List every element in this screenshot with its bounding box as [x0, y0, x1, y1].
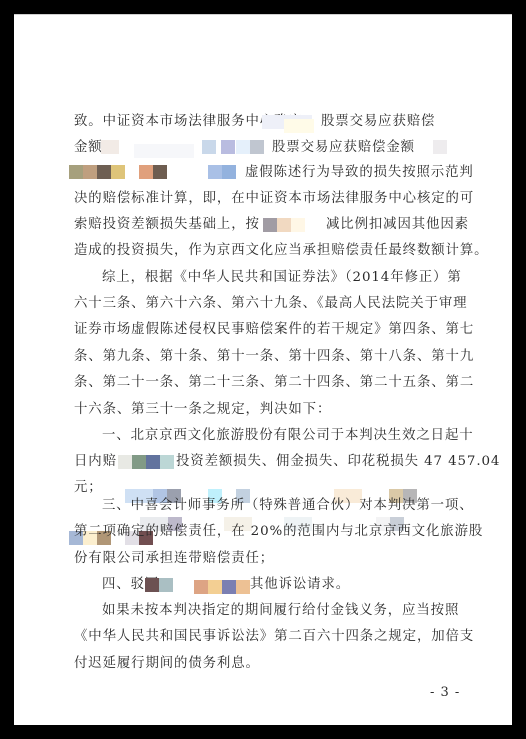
text-line: 条、第二十一条、第二十三条、第二十四条、第二十五条、第二	[74, 373, 474, 393]
text-segment: 元；	[74, 480, 103, 495]
redaction-block	[69, 165, 83, 179]
redaction-block	[284, 119, 314, 133]
redaction-block	[101, 140, 119, 154]
text-line: 十六条、第三十一条之规定，判决如下：	[74, 400, 474, 420]
text-line: 条、第九条、第十条、第十一条、第十四条、第十八条、第十九	[74, 347, 474, 367]
text-segment: 股票交易应获赔偿金额	[272, 140, 415, 155]
text-segment: 决的赔偿标准计算，即，在中证资本市场法律服务中心核定的可	[74, 191, 474, 206]
redaction-block	[134, 144, 194, 158]
text-segment: 金额	[74, 140, 103, 155]
redaction-block	[208, 580, 222, 594]
text-segment: 其他诉讼请求。	[250, 577, 350, 592]
text-segment: 三、中喜会计师事务所（特殊普通合伙）对本判决第一项、	[102, 498, 474, 513]
redaction-block	[160, 455, 174, 469]
text-segment: 证券市场虚假陈述侵权民事赔偿案件的若干规定》第四条、第七	[74, 322, 474, 337]
redaction-block	[159, 578, 173, 592]
redaction-block	[194, 580, 208, 594]
redaction-block	[222, 165, 236, 179]
redaction-block	[433, 140, 447, 154]
text-line: 股票交易应获赔偿金额	[272, 138, 422, 158]
text-line: 其他诉讼请求。	[250, 575, 400, 595]
text-line: 《中华人民共和国民事诉讼法》第二百六十四条之规定，加倍支	[74, 627, 474, 647]
text-line: 投资差额损失、佣金损失、印花税损失 47 457.04	[176, 452, 476, 472]
text-segment: 第二项确定的赔偿责任，在 20%的范围内与北京京西文化旅游股	[74, 524, 483, 539]
text-segment: 一、北京京西文化旅游股份有限公司于本判决生效之日起十	[102, 428, 474, 443]
text-segment: 份有限公司承担连带赔偿责任；	[74, 551, 274, 566]
text-segment: 日内赔	[74, 454, 117, 469]
redaction-block	[236, 580, 250, 594]
redaction-block	[111, 165, 125, 179]
page-number: - 3 -	[430, 685, 460, 700]
redaction-block	[277, 218, 291, 232]
redaction-block	[236, 140, 250, 154]
text-line: 三、中喜会计师事务所（特殊普通合伙）对本判决第一项、	[102, 496, 502, 516]
text-segment: 综上，根据《中华人民共和国证券法》（2014年修正）第	[102, 270, 462, 285]
text-line: 造成的投资损失，作为京西文化应当承担赔偿责任最终数额计算。	[74, 241, 474, 261]
document-page: 致。中证资本市场法律服务中心确定 股票交易应获赔偿 金额 股票交易应获赔偿金额 …	[14, 14, 512, 725]
text-line: 如果未按本判决指定的期间履行给付金钱义务，应当按照	[102, 601, 502, 621]
text-line: 决的赔偿标准计算，即，在中证资本市场法律服务中心核定的可	[74, 189, 474, 209]
text-line: 股票交易应获赔偿	[321, 112, 471, 132]
redaction-block	[221, 140, 235, 154]
text-segment: 条、第九条、第十条、第十一条、第十四条、第十八条、第十九	[74, 349, 474, 364]
redaction-block	[222, 580, 236, 594]
redaction-block	[202, 140, 216, 154]
text-line: 第二项确定的赔偿责任，在 20%的范围内与北京京西文化旅游股	[74, 522, 474, 542]
redaction-block	[208, 165, 222, 179]
redaction-block	[83, 165, 97, 179]
text-segment: 如果未按本判决指定的期间履行给付金钱义务，应当按照	[102, 603, 459, 618]
text-segment: 条、第二十一条、第二十三条、第二十四条、第二十五条、第二	[74, 375, 474, 390]
redaction-block	[291, 218, 305, 232]
text-segment: 投资差额损失、佣金损失、印花税损失 47 457.04	[176, 454, 500, 469]
text-line: 虚假陈述行为导致的损失按照示范判	[245, 163, 475, 183]
text-line: 减比例扣减因其他因素	[326, 215, 476, 235]
text-segment: 股票交易应获赔偿	[321, 114, 435, 129]
redaction-block	[139, 165, 153, 179]
redaction-block	[263, 218, 277, 232]
text-line: 付迟延履行期间的债务利息。	[74, 654, 474, 674]
redaction-block	[146, 455, 160, 469]
text-line: 份有限公司承担连带赔偿责任；	[74, 549, 474, 569]
text-segment: 十六条、第三十一条之规定，判决如下：	[74, 402, 331, 417]
text-segment: 虚假陈述行为导致的损失按照示范判	[245, 165, 474, 180]
text-segment: 造成的投资损失，作为京西文化应当承担赔偿责任最终数额计算。	[74, 243, 488, 258]
redaction-block	[153, 165, 167, 179]
redaction-block	[97, 165, 111, 179]
text-line: 六十三条、第六十六条、第六十九条、《最高人民法院关于审理	[74, 294, 474, 314]
redaction-block	[250, 140, 264, 154]
text-segment: 六十三条、第六十六条、第六十九条、《最高人民法院关于审理	[74, 296, 467, 311]
text-segment: 减比例扣减因其他因素	[326, 217, 469, 232]
text-segment: 索赔投资差额损失基础上，按	[74, 217, 260, 232]
text-segment: 付迟延履行期间的债务利息。	[74, 656, 260, 671]
redaction-block	[118, 455, 132, 469]
text-segment: 《中华人民共和国民事诉讼法》第二百六十四条之规定，加倍支	[74, 629, 474, 644]
text-line: 一、北京京西文化旅游股份有限公司于本判决生效之日起十	[102, 426, 502, 446]
text-line: 综上，根据《中华人民共和国证券法》（2014年修正）第	[102, 268, 502, 288]
text-line: 证券市场虚假陈述侵权民事赔偿案件的若干规定》第四条、第七	[74, 320, 474, 340]
redaction-block	[145, 578, 159, 592]
redaction-block	[132, 455, 146, 469]
